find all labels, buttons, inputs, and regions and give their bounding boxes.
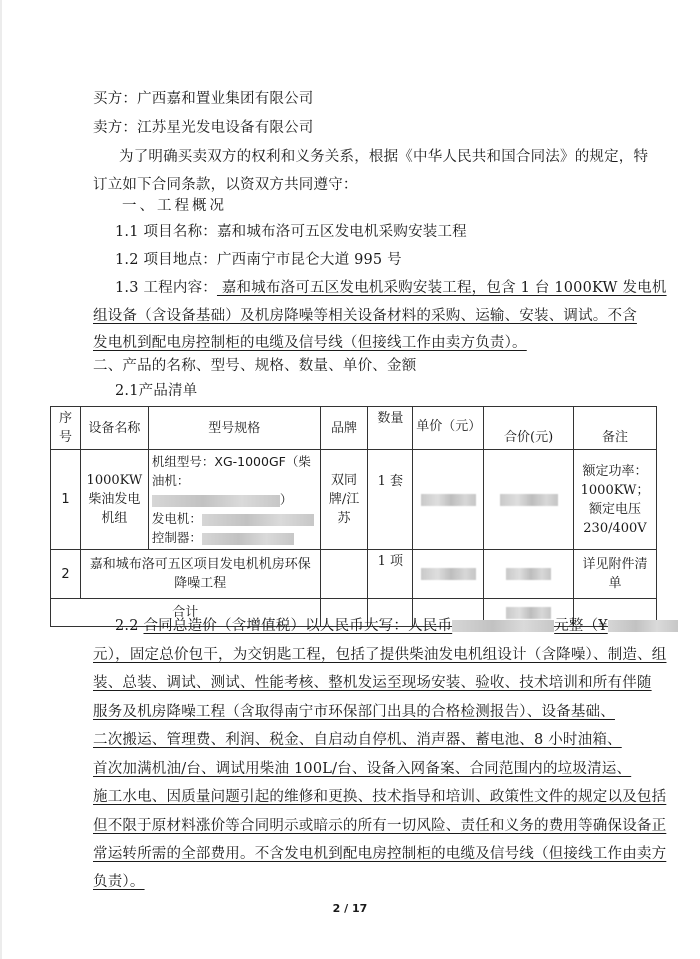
section2-heading: 二、产品的名称、型号、规格、数量、单价、金额 (93, 356, 416, 376)
row1-model-line3: 发电机： (152, 509, 317, 528)
row1-brand: 双同牌/江苏 (320, 450, 368, 550)
section1-heading: 一、工程概况 (122, 196, 227, 216)
row1-model-line4: 控制器： (152, 528, 317, 547)
header-seq: 序号 (51, 407, 81, 450)
intro-line-2: 订立如下合同条款，以资双方共同遵守： (93, 175, 358, 195)
item-1-1: 1.1 项目名称：嘉和城布洛可五区发电机采购安装工程 (115, 222, 467, 242)
row2-qty: 1 项 (368, 550, 413, 599)
header-name: 设备名称 (80, 407, 148, 450)
row1-name: 1000KW 柴油发电机组 (80, 450, 148, 550)
clause-2-2-line-5: 二次搬运、管理费、利润、税金、自启动自停机、消声器、蓄电池、8 小时油箱、 (93, 730, 622, 750)
page-edge (0, 0, 2, 959)
header-brand: 品牌 (320, 407, 368, 450)
clause-2-2-line-7: 施工水电、因质量问题引起的维修和更换、技术指导和培训、政策性文件的规定以及包括 (93, 787, 666, 807)
item-1-3-line-2: 组设备（含设备基础）及机房降噪等相关设备材料的采购、运输、安装、调试。不含 (93, 306, 637, 326)
buyer-line: 买方：广西嘉和置业集团有限公司 (93, 89, 314, 109)
row1-note: 额定功率：1000KW；额定电压 230/400V (573, 450, 656, 550)
product-list-title: 2.1产品清单 (115, 381, 197, 401)
redacted-value (506, 568, 551, 580)
table-row: 2 嘉和城布洛可五区项目发电机机房环保降噪工程 1 项 详见附件清单 (51, 550, 657, 599)
clause-2-2-line-8: 但不限于原材料涨价等合同明示或暗示的所有一切风险、责任和义务的费用等确保设备正 (93, 816, 666, 836)
item-1-3: 1.3 工程内容： 嘉和城布洛可五区发电机采购安装工程，包含 1 台 1000K… (115, 278, 667, 298)
header-unit-price: 单价（元） (413, 407, 484, 450)
clause-2-2-line-10: 负责）。 (93, 872, 145, 892)
row2-unit-price (413, 550, 484, 599)
clause-2-2-line-1: 2.2 合同总造价（含增值税）以人民币大写：人民币元整（¥ (93, 616, 678, 636)
row2-note: 详见附件清单 (573, 550, 656, 599)
row1-model-line1: 机组型号：XG-1000GF（柴油机： (152, 452, 317, 490)
clause-2-2-line-2: 元），固定总价包干，为交钥匙工程，包括了提供柴油发电机组设计（含降噪）、制造、组 (93, 645, 667, 665)
clause-2-2-line-4: 服务及机房降噪工程（含取得南宁市环保部门出具的合格检测报告）、设备基础、 (93, 702, 615, 722)
item-1-2: 1.2 项目地点：广西南宁市昆仑大道 995 号 (115, 250, 402, 270)
redacted-value (152, 495, 280, 507)
row1-total (484, 450, 574, 550)
redacted-amount-words (452, 618, 554, 634)
row1-unit-price (413, 450, 484, 550)
clause-2-2-line-6: 首次加满机油/台、调试用柴油 100L/台、设备入网备案、合同范围内的垃圾清运、 (93, 759, 631, 779)
item-1-3-line-3: 发电机到配电房控制柜的电缆及信号线（但接线工作由卖方负责）。 (93, 333, 527, 353)
row1-qty: 1 套 (368, 450, 413, 550)
header-total: 合价(元) (484, 407, 574, 450)
redacted-value (421, 494, 476, 506)
row2-name: 嘉和城布洛可五区项目发电机机房环保降噪工程 (80, 550, 320, 599)
row1-seq: 1 (51, 450, 81, 550)
redacted-amount-number (608, 618, 678, 634)
header-qty: 数量 (368, 407, 413, 450)
page-number: 2 / 17 (0, 902, 700, 915)
redacted-value (202, 514, 314, 526)
row1-model-line2: ） (152, 490, 317, 509)
table-header-row: 序号 设备名称 型号规格 品牌 数量 单价（元） 合价(元) 备注 (51, 407, 657, 450)
header-model: 型号规格 (148, 407, 320, 450)
redacted-value (500, 494, 558, 506)
row1-model: 机组型号：XG-1000GF（柴油机： ） 发电机： 控制器： (148, 450, 320, 550)
redacted-value (421, 568, 476, 580)
item-1-3-text: 嘉和城布洛可五区发电机采购安装工程，包含 1 台 1000KW 发电机 (217, 280, 667, 296)
clause-2-2-line-3: 装、总装、调试、测试、性能考核、整机发运至现场安装、验收、技术培训和所有伴随 (93, 673, 652, 693)
intro-line-1: 为了明确买卖双方的权利和义务关系，根据《中华人民共和国合同法》的规定，特 (119, 147, 648, 167)
item-1-3-label: 1.3 工程内容： (115, 280, 217, 296)
clause-2-2-line-9: 常运转所需的全部费用。不含发电机到配电房控制柜的电缆及信号线（但接线工作由卖方 (93, 844, 666, 864)
product-table: 序号 设备名称 型号规格 品牌 数量 单价（元） 合价(元) 备注 1 1000… (50, 406, 657, 627)
row2-total (484, 550, 574, 599)
table-row: 1 1000KW 柴油发电机组 机组型号：XG-1000GF（柴油机： ） 发电… (51, 450, 657, 550)
row2-seq: 2 (51, 550, 81, 599)
row2-brand (320, 550, 368, 599)
seller-line: 卖方：江苏星光发电设备有限公司 (93, 118, 314, 138)
header-note: 备注 (573, 407, 656, 450)
redacted-value (202, 533, 294, 545)
